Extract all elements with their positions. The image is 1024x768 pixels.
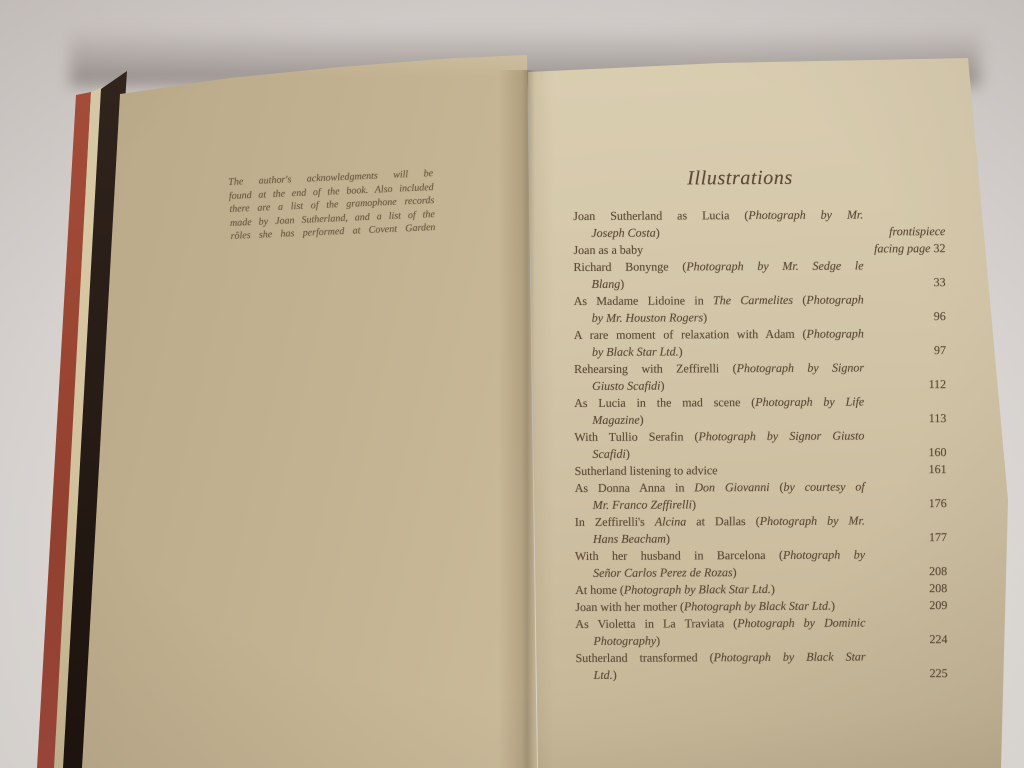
illustration-entry: Sutherland transformed (Photograph by Bl… bbox=[576, 648, 948, 684]
italic-text: Giusto Scafidi bbox=[592, 379, 660, 393]
entry-page-number: 176 bbox=[865, 495, 947, 512]
illustrations-page-content: Illustrations Joan Sutherland as Lucia (… bbox=[573, 166, 948, 684]
plain-text: at Dallas ( bbox=[686, 514, 760, 528]
entry-text: A rare moment of relaxation with Adam (P… bbox=[574, 325, 864, 361]
plain-text: As Lucia in the mad scene ( bbox=[574, 395, 755, 410]
illustration-entry: Joan with her mother (Photograph by Blac… bbox=[575, 597, 947, 616]
plain-text: 33 bbox=[934, 275, 946, 289]
italic-text: Photograph by Mr. bbox=[748, 207, 863, 222]
entry-text: Richard Bonynge (Photograph by Mr. Sedge… bbox=[573, 257, 863, 293]
plain-text: Joan with her mother ( bbox=[575, 599, 684, 614]
entry-line: Joan with her mother (Photograph by Blac… bbox=[575, 597, 865, 616]
illustration-entry: As Lucia in the mad scene (Photograph by… bbox=[574, 393, 946, 429]
entry-line: Joan as a baby bbox=[573, 240, 863, 259]
entry-line: With Tullio Serafin (Photograph by Signo… bbox=[574, 427, 864, 446]
entry-line: by Black Star Ltd.) bbox=[574, 342, 864, 361]
entry-line: As Violetta in La Traviata (Photograph b… bbox=[575, 614, 865, 633]
plain-text: ) bbox=[733, 565, 737, 579]
acknowledgments-note: The author's acknowledgments will befoun… bbox=[228, 167, 436, 243]
entry-page-number: 177 bbox=[865, 529, 947, 546]
italic-text: Photograph by Life bbox=[755, 394, 864, 409]
plain-text: ) bbox=[640, 413, 644, 427]
italic-text: frontispiece bbox=[889, 224, 945, 238]
plain-text: 112 bbox=[929, 377, 947, 391]
entry-line: A rare moment of relaxation with Adam (P… bbox=[574, 325, 864, 344]
entry-line: Sutherland transformed (Photograph by Bl… bbox=[576, 648, 866, 667]
plain-text: ) bbox=[626, 447, 630, 461]
plain-text: 209 bbox=[929, 598, 947, 612]
illustration-entry: As Madame Lidoine in The Carmelites (Pho… bbox=[574, 291, 946, 327]
entry-text: Joan with her mother (Photograph by Blac… bbox=[575, 597, 865, 616]
italic-text: Photograph by Signor bbox=[737, 360, 865, 375]
plain-text: ) bbox=[771, 582, 775, 596]
italic-text: by Black Star Ltd. bbox=[592, 344, 679, 358]
entry-line: As Donna Anna in Don Giovanni (by courte… bbox=[575, 478, 865, 497]
plain-text: With Tullio Serafin ( bbox=[574, 429, 698, 444]
italic-text: Photograph by Black Star Ltd. bbox=[684, 599, 831, 614]
plain-text: 224 bbox=[929, 632, 947, 646]
illustrations-list: Joan Sutherland as Lucia (Photograph by … bbox=[573, 206, 947, 684]
italic-text: Photograph by bbox=[783, 547, 865, 561]
entry-line: Joan Sutherland as Lucia (Photograph by … bbox=[573, 206, 863, 225]
entry-line: As Madame Lidoine in The Carmelites (Pho… bbox=[574, 291, 864, 310]
entry-page-number: 225 bbox=[866, 665, 948, 682]
entry-line: Rehearsing with Zeffirelli (Photograph b… bbox=[574, 359, 864, 378]
plain-text: ) bbox=[666, 531, 670, 545]
entry-text: Rehearsing with Zeffirelli (Photograph b… bbox=[574, 359, 864, 395]
plain-text: As Donna Anna in bbox=[575, 480, 695, 495]
entry-text: At home (Photograph by Black Star Ltd.) bbox=[575, 580, 865, 599]
plain-text: ) bbox=[620, 277, 624, 291]
entry-text: In Zeffirelli's Alcina at Dallas (Photog… bbox=[575, 512, 865, 548]
entry-line: At home (Photograph by Black Star Ltd.) bbox=[575, 580, 865, 599]
italic-text: Photograph by Mr. bbox=[760, 513, 865, 528]
entry-line: Scafidi) bbox=[574, 444, 864, 463]
entry-page-number: 112 bbox=[864, 376, 946, 393]
plain-text: 113 bbox=[929, 411, 947, 425]
plain-text: ) bbox=[831, 599, 835, 613]
entry-page-number: 161 bbox=[865, 461, 947, 478]
entry-page-number: 209 bbox=[865, 597, 947, 614]
entry-line: With her husband in Barcelona (Photograp… bbox=[575, 546, 865, 565]
entry-line: Photography) bbox=[575, 631, 865, 650]
plain-text: 161 bbox=[929, 462, 947, 476]
entry-line: In Zeffirelli's Alcina at Dallas (Photog… bbox=[575, 512, 865, 531]
entry-line: Ltd.) bbox=[576, 665, 866, 684]
plain-text: Rehearsing with Zeffirelli ( bbox=[574, 361, 737, 376]
entry-line: Señor Carlos Perez de Rozas) bbox=[575, 563, 865, 582]
plain-text: Joan Sutherland as Lucia ( bbox=[573, 208, 748, 223]
italic-text: The Carmelites bbox=[713, 293, 793, 307]
italic-text: Photograph by Signor Giusto bbox=[698, 428, 864, 443]
entry-line: Magazine) bbox=[574, 410, 864, 429]
plain-text: Sutherland transformed ( bbox=[576, 650, 714, 665]
entry-line: Mr. Franco Zeffirelli) bbox=[575, 495, 865, 514]
entry-text: Sutherland transformed (Photograph by Bl… bbox=[576, 648, 866, 684]
plain-text: ) bbox=[656, 634, 660, 648]
illustration-entry: Sutherland listening to advice161 bbox=[575, 461, 947, 480]
italic-text: facing page bbox=[874, 241, 930, 255]
plain-text: Joan as a baby bbox=[573, 243, 643, 257]
entry-page-number: 97 bbox=[864, 342, 946, 359]
entry-text: Joan Sutherland as Lucia (Photograph by … bbox=[573, 206, 863, 242]
italic-text: Hans Beacham bbox=[593, 532, 666, 546]
plain-text: ) bbox=[703, 310, 707, 324]
entry-page-number: 208 bbox=[865, 580, 947, 597]
plain-text: ) bbox=[679, 344, 683, 358]
entry-line: by Mr. Houston Rogers) bbox=[574, 308, 864, 327]
entry-line: Sutherland listening to advice bbox=[575, 461, 865, 480]
entry-page-number: 208 bbox=[865, 563, 947, 580]
plain-text: ) bbox=[613, 668, 617, 682]
plain-text: 208 bbox=[929, 564, 947, 578]
entry-line: Hans Beacham) bbox=[575, 529, 865, 548]
page-title: Illustrations bbox=[573, 166, 907, 191]
plain-text: ) bbox=[692, 497, 696, 511]
italic-text: Mr. Franco Zeffirelli bbox=[593, 497, 692, 512]
illustration-entry: As Donna Anna in Don Giovanni (by courte… bbox=[575, 478, 947, 514]
plain-text: ) bbox=[660, 379, 664, 393]
plain-text: 96 bbox=[934, 309, 946, 323]
plain-text: 177 bbox=[929, 530, 947, 544]
entry-text: As Lucia in the mad scene (Photograph by… bbox=[574, 393, 864, 429]
entry-page-number: frontispiece bbox=[863, 223, 945, 240]
entry-page-number: facing page 32 bbox=[863, 240, 945, 257]
plain-text: In Zeffirelli's bbox=[575, 515, 655, 529]
entry-page-number: 160 bbox=[864, 444, 946, 461]
plain-text: 97 bbox=[934, 343, 946, 357]
illustration-entry: Rehearsing with Zeffirelli (Photograph b… bbox=[574, 359, 946, 395]
italic-text: Photograph by Black Star Ltd. bbox=[624, 582, 771, 597]
entry-page-number: 96 bbox=[864, 308, 946, 325]
italic-text: Magazine bbox=[592, 413, 639, 427]
illustration-entry: At home (Photograph by Black Star Ltd.)2… bbox=[575, 580, 947, 599]
entry-text: As Madame Lidoine in The Carmelites (Pho… bbox=[574, 291, 864, 327]
entry-line: Blang) bbox=[574, 274, 864, 293]
plain-text: Richard Bonynge ( bbox=[573, 259, 686, 274]
plain-text: At home ( bbox=[575, 583, 624, 597]
plain-text: As Violetta in La Traviata ( bbox=[575, 616, 737, 631]
italic-text: by Mr. Houston Rogers bbox=[592, 310, 703, 325]
entry-page-number: 33 bbox=[864, 274, 946, 291]
entry-page-number: 113 bbox=[864, 410, 946, 427]
plain-text: As Madame Lidoine in bbox=[574, 293, 713, 308]
illustration-entry: A rare moment of relaxation with Adam (P… bbox=[574, 325, 946, 361]
illustration-entry: With Tullio Serafin (Photograph by Signo… bbox=[574, 427, 946, 463]
illustration-entry: As Violetta in La Traviata (Photograph b… bbox=[575, 614, 947, 650]
plain-text: ( bbox=[793, 293, 806, 307]
plain-text: Sutherland listening to advice bbox=[575, 463, 718, 478]
italic-text: Joseph Costa bbox=[591, 226, 655, 240]
entry-text: With her husband in Barcelona (Photograp… bbox=[575, 546, 865, 582]
plain-text: 176 bbox=[929, 496, 947, 510]
entry-page-number: 224 bbox=[865, 631, 947, 648]
plain-text: 32 bbox=[930, 241, 945, 255]
italic-text: by courtesy of bbox=[783, 479, 864, 493]
plain-text: 160 bbox=[928, 445, 946, 459]
italic-text: Photograph by Dominic bbox=[737, 615, 865, 630]
italic-text: Señor Carlos Perez de Rozas bbox=[593, 565, 733, 580]
italic-text: Photograph by Black Star bbox=[714, 649, 866, 664]
italic-text: Photograph by Mr. Sedge le bbox=[686, 258, 863, 273]
illustration-entry: Richard Bonynge (Photograph by Mr. Sedge… bbox=[573, 257, 945, 293]
entry-text: As Donna Anna in Don Giovanni (by courte… bbox=[575, 478, 865, 514]
italic-text: Blang bbox=[592, 277, 621, 291]
entry-line: Richard Bonynge (Photograph by Mr. Sedge… bbox=[573, 257, 863, 276]
plain-text: ) bbox=[656, 226, 660, 240]
italic-text: Alcina bbox=[655, 514, 686, 528]
illustration-entry: Joan Sutherland as Lucia (Photograph by … bbox=[573, 206, 945, 242]
italic-text: Photography bbox=[593, 634, 656, 648]
plain-text: 225 bbox=[930, 666, 948, 680]
italic-text: Photograph bbox=[806, 326, 863, 340]
entry-text: With Tullio Serafin (Photograph by Signo… bbox=[574, 427, 864, 463]
entry-line: As Lucia in the mad scene (Photograph by… bbox=[574, 393, 864, 412]
entry-text: As Violetta in La Traviata (Photograph b… bbox=[575, 614, 865, 650]
entry-line: Joseph Costa) bbox=[573, 223, 863, 242]
illustration-entry: In Zeffirelli's Alcina at Dallas (Photog… bbox=[575, 512, 947, 548]
open-book-photo: The author's acknowledgments will befoun… bbox=[0, 0, 1024, 768]
illustration-entry: With her husband in Barcelona (Photograp… bbox=[575, 546, 947, 582]
entry-text: Sutherland listening to advice bbox=[575, 461, 865, 480]
entry-text: Joan as a baby bbox=[573, 240, 863, 259]
italic-text: Scafidi bbox=[592, 447, 625, 461]
plain-text: A rare moment of relaxation with Adam ( bbox=[574, 327, 807, 342]
plain-text: With her husband in Barcelona ( bbox=[575, 548, 783, 563]
plain-text: 208 bbox=[929, 581, 947, 595]
italic-text: Photograph bbox=[806, 292, 863, 306]
entry-line: Giusto Scafidi) bbox=[574, 376, 864, 395]
italic-text: Ltd. bbox=[594, 668, 613, 682]
plain-text: ( bbox=[770, 480, 784, 494]
italic-text: Don Giovanni bbox=[694, 480, 769, 494]
illustration-entry: Joan as a babyfacing page 32 bbox=[573, 240, 945, 259]
